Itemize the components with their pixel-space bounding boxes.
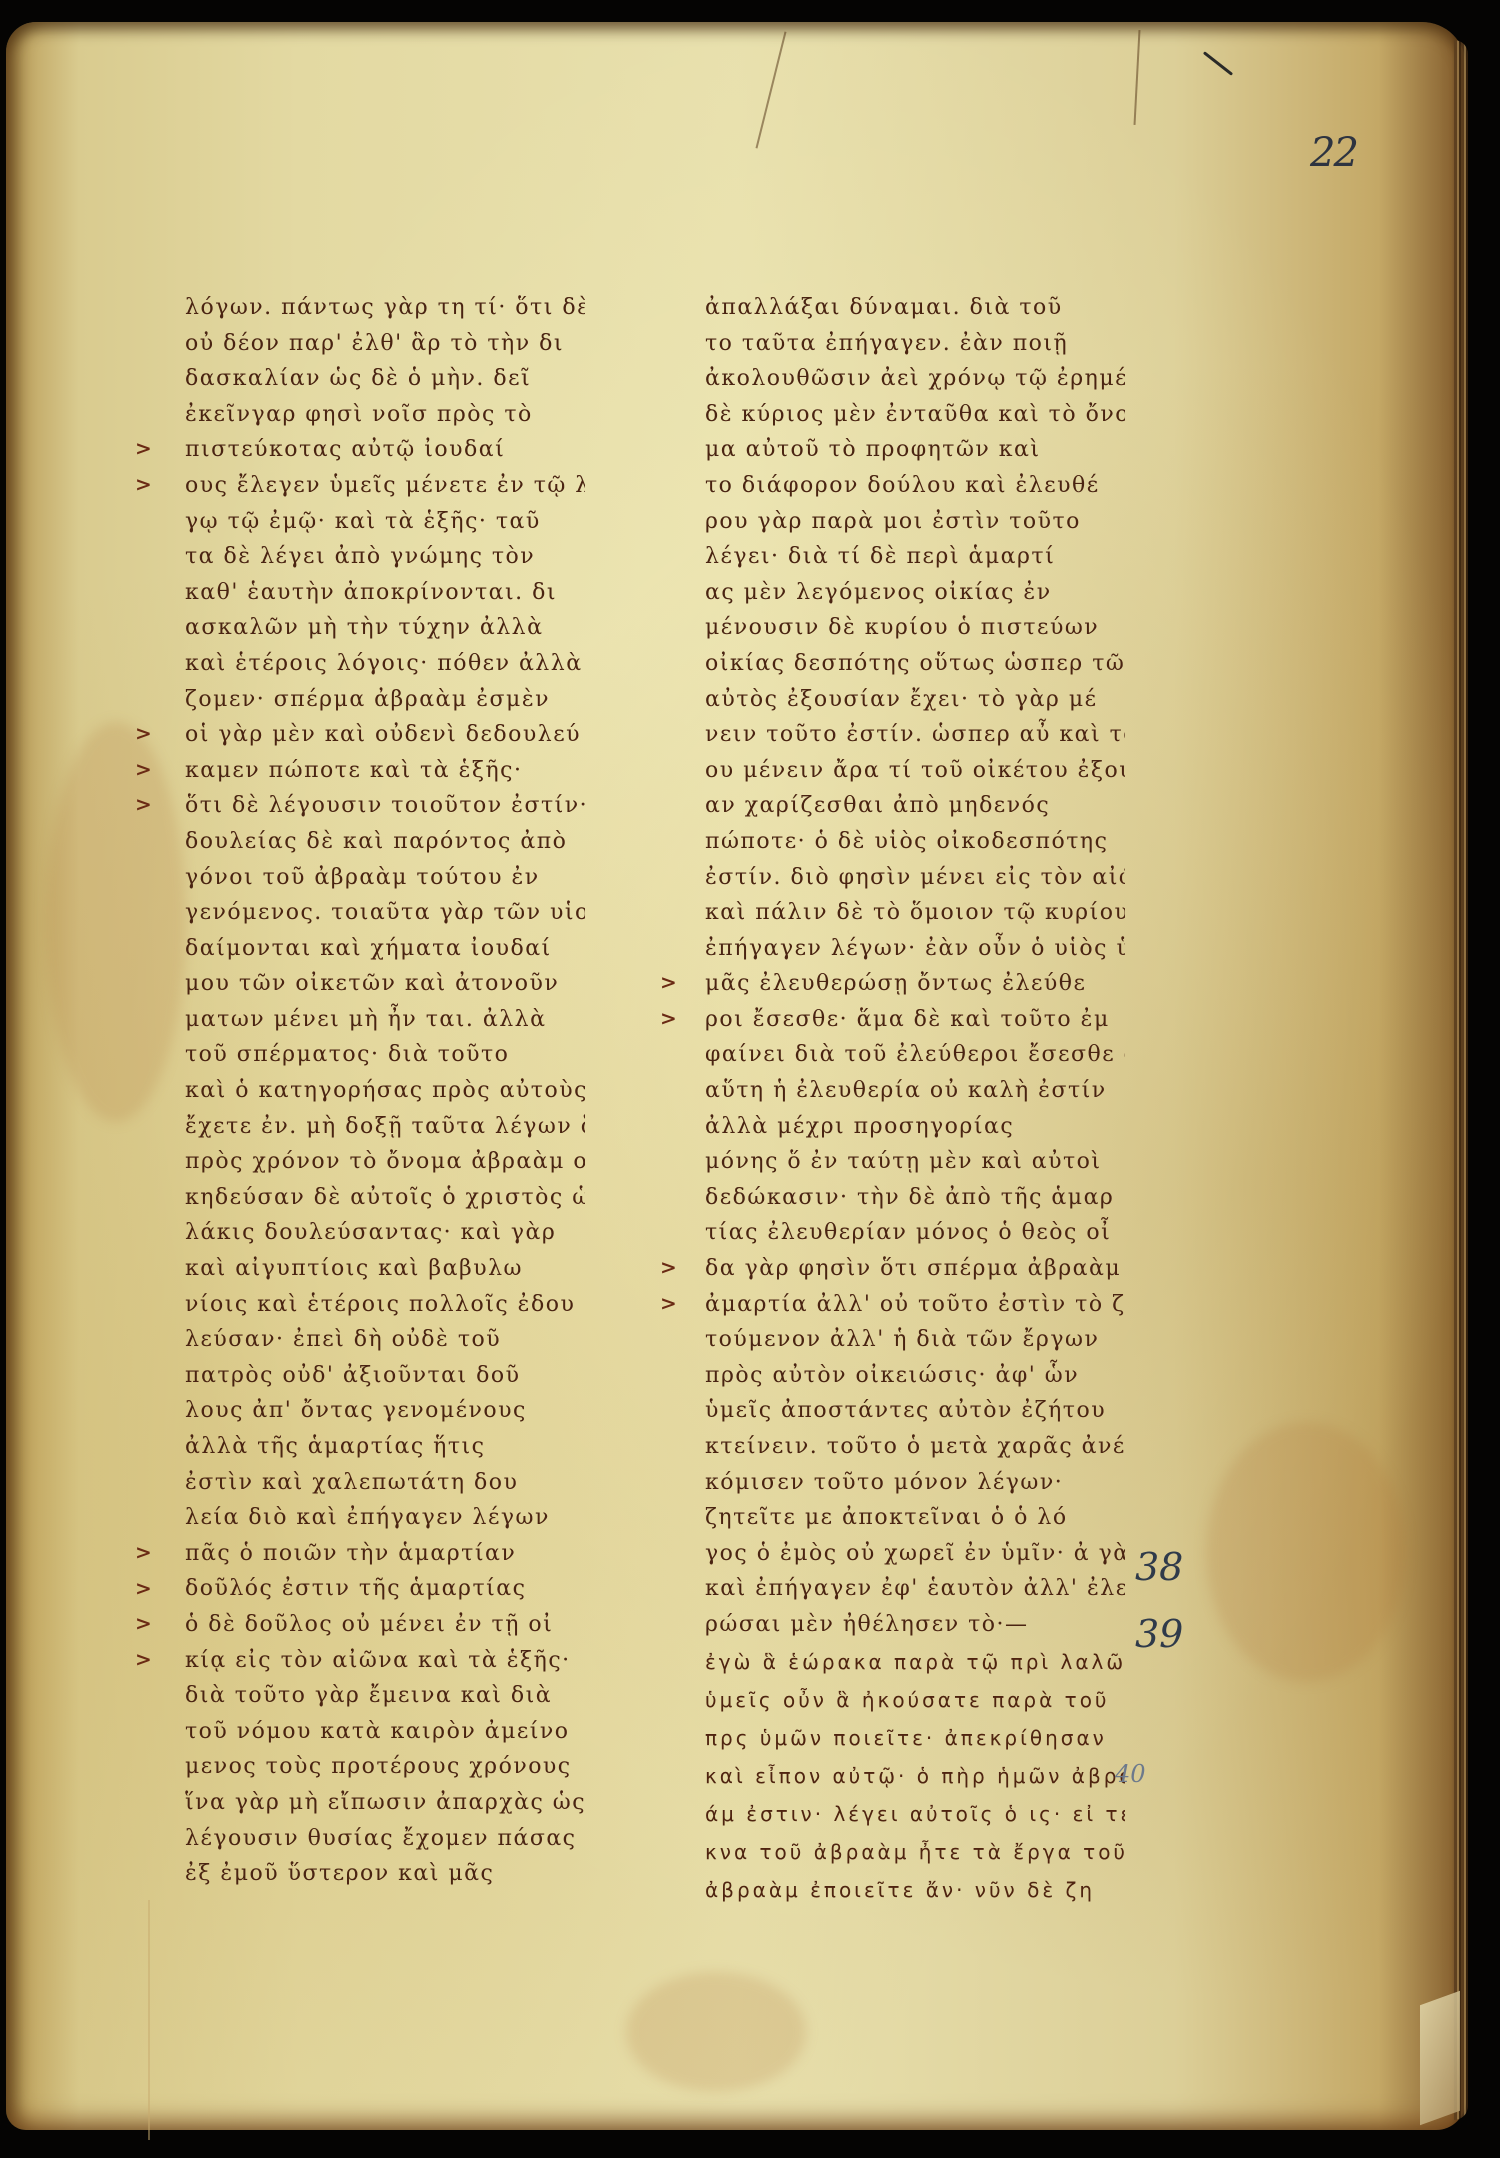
manuscript-text-line: δοῦλός ἐστιν τῆς ἁμαρτίας — [185, 1571, 585, 1607]
manuscript-text-line: μένουσιν δὲ κυρίου ὁ πιστεύων — [705, 610, 1125, 646]
diple-marker-icon: > — [135, 436, 152, 460]
manuscript-text-line: ασκαλῶν μὴ τὴν τύχην ἀλλὰ — [185, 610, 585, 646]
manuscript-text-line: μου τῶν οἰκετῶν καὶ ἀτονοῦν — [185, 966, 585, 1002]
parchment-stain — [46, 722, 186, 1122]
manuscript-text-line: ὅτι δὲ λέγουσιν τοιοῦτον ἐστίν· — [185, 788, 585, 824]
margin-verse-number: 39 — [1135, 1612, 1183, 1656]
manuscript-text-line: ἐπήγαγεν λέγων· ἐὰν οὖν ὁ υἱὸς ὑ — [705, 931, 1125, 967]
manuscript-text-line: μᾶς ἐλευθερώσῃ ὄντως ἐλεύθε — [705, 966, 1125, 1002]
diple-marker-icon: > — [135, 721, 152, 745]
manuscript-text-line: καὶ αἰγυπτίοις καὶ βαβυλω — [185, 1251, 585, 1287]
diple-marker-icon: > — [660, 1291, 677, 1315]
manuscript-text-line: οἱ γὰρ μὲν καὶ οὐδενὶ δεδουλεύ — [185, 717, 585, 753]
manuscript-text-line: το ταῦτα ἐπήγαγεν. ἐὰν ποιῇ — [705, 326, 1125, 362]
manuscript-text-line: ρώσαι μὲν ἠθέλησεν τὸ·— — [705, 1607, 1125, 1643]
parchment-stain — [1206, 1422, 1406, 1682]
margin-verse-number: 40 — [1115, 1760, 1146, 1788]
manuscript-text-line: δαίμονται καὶ χήματα ἰουδαί — [185, 931, 585, 967]
manuscript-text-line: ἐστίν. διὸ φησὶν μένει εἰς τὸν αἰῶνα — [705, 860, 1125, 896]
manuscript-text-line: καὶ πάλιν δὲ τὸ ὅμοιον τῷ κυρίου — [705, 895, 1125, 931]
diple-marker-icon: > — [660, 1255, 677, 1279]
manuscript-text-line: αὕτη ἡ ἐλευθερία οὐ καλὴ ἐστίν — [705, 1073, 1125, 1109]
manuscript-text-line: κόμισεν τοῦτο μόνον λέγων· — [705, 1465, 1125, 1501]
manuscript-text-line: ἀπαλλάξαι δύναμαι. διὰ τοῦ — [705, 290, 1125, 326]
manuscript-text-line: κίᾳ εἰς τὸν αἰῶνα καὶ τὰ ἑξῆς· — [185, 1643, 585, 1679]
manuscript-text-line: διὰ τοῦτο γὰρ ἔμεινα καὶ διὰ — [185, 1678, 585, 1714]
diple-marker-icon: > — [135, 757, 152, 781]
lemma-uncial-line: ἀβραὰμ ἐποιεῖτε ἄν· νῦν δὲ ζη — [705, 1871, 1125, 1909]
manuscript-text-line: οἰκίας δεσπότης οὕτως ὡσπερ τῶν — [705, 646, 1125, 682]
diple-marker-icon: > — [135, 1540, 152, 1564]
parchment-stain — [626, 1972, 806, 2092]
manuscript-text-line: δὲ κύριος μὲν ἐνταῦθα καὶ τὸ ὄνο — [705, 397, 1125, 433]
manuscript-text-line: καμεν πώποτε καὶ τὰ ἑξῆς· — [185, 753, 585, 789]
diple-marker-icon: > — [660, 1006, 677, 1030]
manuscript-text-line: καὶ ὁ κατηγορήσας πρὸς αὐτοὺς — [185, 1073, 585, 1109]
manuscript-text-line: δεδώκασιν· τὴν δὲ ἀπὸ τῆς ἁμαρ — [705, 1180, 1125, 1216]
diple-marker-icon: > — [135, 1576, 152, 1600]
lemma-uncial-line: άμ ἐστιν· λέγει αὐτοῖς ὁ ις· εἰ τέ — [705, 1795, 1125, 1833]
manuscript-text-line: νίοις καὶ ἑτέροις πολλοῖς ἐδου — [185, 1287, 585, 1323]
manuscript-text-line: ὑμεῖς ἀποστάντες αὐτὸν ἐζήτου — [705, 1393, 1125, 1429]
diple-marker-icon: > — [135, 1647, 152, 1671]
lemma-uncial-line: ἐγὼ ἃ ἑώρακα παρὰ τῷ πρὶ λαλῶ· καὶ — [705, 1643, 1125, 1681]
manuscript-text-line: ζητεῖτε με ἀποκτεῖναι ὁ ὁ λό — [705, 1500, 1125, 1536]
manuscript-text-line: ου μένειν ἄρα τί τοῦ οἰκέτου ἐξουσί — [705, 753, 1125, 789]
diple-marker-icon: > — [135, 1611, 152, 1635]
manuscript-text-line: ἐκεῖνγαρ φησὶ νοῖσ πρὸς τὸ — [185, 397, 585, 433]
manuscript-text-line: καὶ ἐπήγαγεν ἐφ' ἑαυτὸν ἀλλ' ἐλευθε — [705, 1571, 1125, 1607]
lemma-uncial-line: πρς ὑμῶν ποιεῖτε· ἀπεκρίθησαν — [705, 1719, 1125, 1757]
manuscript-text-line: πατρὸς οὐδ' ἀξιοῦνται δοῦ — [185, 1358, 585, 1394]
dog-ear-corner — [1420, 1991, 1460, 2126]
manuscript-text-line: ὁ δὲ δοῦλος οὐ μένει ἐν τῇ οἰ — [185, 1607, 585, 1643]
manuscript-text-line: μόνης ὅ ἐν ταύτῃ μὲν καὶ αὐτοὶ — [705, 1144, 1125, 1180]
diple-marker-icon: > — [135, 792, 152, 816]
manuscript-text-line: τούμενον ἀλλ' ἡ διὰ τῶν ἔργων — [705, 1322, 1125, 1358]
manuscript-text-line: πρὸς αὐτὸν οἰκειώσις· ἀφ' ὧν — [705, 1358, 1125, 1394]
manuscript-text-line: πρὸς χρόνον τὸ ὄνομα ἀβραὰμ οὐ — [185, 1144, 585, 1180]
manuscript-text-line: κηδεύσαν δὲ αὐτοῖς ὁ χριστὸς ὡς πολ — [185, 1180, 585, 1216]
manuscript-text-line: γόνοι τοῦ ἀβραὰμ τούτου ἐν — [185, 860, 585, 896]
manuscript-text-line: πώποτε· ὁ δὲ υἱὸς οἰκοδεσπότης — [705, 824, 1125, 860]
manuscript-text-line: ἔχετε ἐν. μὴ δοξῇ ταῦτα λέγων ὅτι — [185, 1109, 585, 1145]
lemma-uncial-line: καὶ εἶπον αὐτῷ· ὁ πὴρ ἡμῶν ἀβρα — [705, 1757, 1125, 1795]
diple-marker-icon: > — [660, 970, 677, 994]
manuscript-text-line: πᾶς ὁ ποιῶν τὴν ἁμαρτίαν — [185, 1536, 585, 1572]
manuscript-text-line: ἀμαρτία ἀλλ' οὐ τοῦτο ἐστὶν τὸ ζη — [705, 1287, 1125, 1323]
manuscript-text-line: ἐξ ἐμοῦ ὕστερον καὶ μᾶς — [185, 1856, 585, 1892]
manuscript-text-line: γος ὁ ἐμὸς οὐ χωρεῖ ἐν ὑμῖν· ἀ γὰρ — [705, 1536, 1125, 1572]
manuscript-text-line: ἀλλὰ μέχρι προσηγορίας — [705, 1109, 1125, 1145]
diple-marker-icon: > — [135, 472, 152, 496]
manuscript-text-line: οὐ δέον παρ' ἐλθ' ἃρ τὸ τὴν δι — [185, 326, 585, 362]
manuscript-text-line: ἵνα γὰρ μὴ εἴπωσιν ἀπαρχὰς ὡς — [185, 1785, 585, 1821]
margin-verse-number: 38 — [1135, 1545, 1183, 1589]
manuscript-text-line: τίας ἐλευθερίαν μόνος ὁ θεὸς οἶ — [705, 1215, 1125, 1251]
folio-number: 22 — [1310, 130, 1357, 176]
manuscript-text-line: γενόμενος. τοιαῦτα γὰρ τῶν υἱοῦ — [185, 895, 585, 931]
manuscript-text-line: ἀλλὰ τῆς ἁμαρτίας ἥτις — [185, 1429, 585, 1465]
manuscript-text-line: λους ἀπ' ὄντας γενομένους — [185, 1393, 585, 1429]
manuscript-text-line: μενος τοὺς προτέρους χρόνους — [185, 1749, 585, 1785]
left-text-column: λόγων. πάντως γὰρ τη τί· ὅτι δὲοὐ δέον π… — [185, 290, 585, 1892]
manuscript-text-line: κτείνειν. τοῦτο ὁ μετὰ χαρᾶς ἀνέ — [705, 1429, 1125, 1465]
manuscript-text-line: ἐστὶν καὶ χαλεπωτάτη δου — [185, 1465, 585, 1501]
manuscript-text-line: λάκις δουλεύσαντας· καὶ γὰρ — [185, 1215, 585, 1251]
manuscript-text-line: γῳ τῷ ἐμῷ· καὶ τὰ ἑξῆς· ταῦ — [185, 504, 585, 540]
manuscript-text-line: λέγουσιν θυσίας ἔχομεν πάσας — [185, 1821, 585, 1857]
manuscript-text-line: ας μὲν λεγόμενος οἰκίας ἐν — [705, 575, 1125, 611]
manuscript-text-line: ρου γὰρ παρὰ μοι ἐστὶν τοῦτο — [705, 504, 1125, 540]
manuscript-text-line: λόγων. πάντως γὰρ τη τί· ὅτι δὲ — [185, 290, 585, 326]
manuscript-text-line: λεύσαν· ἐπεὶ δὴ οὐδὲ τοῦ — [185, 1322, 585, 1358]
manuscript-text-line: νειν τοῦτο ἐστίν. ὡσπερ αὖ καὶ τὸ — [705, 717, 1125, 753]
manuscript-text-line: δα γὰρ φησὶν ὅτι σπέρμα ἀβραὰμ — [705, 1251, 1125, 1287]
manuscript-text-line: τοῦ νόμου κατὰ καιρὸν ἀμείνο — [185, 1714, 585, 1750]
manuscript-text-line: τα δὲ λέγει ἀπὸ γνώμης τὸν — [185, 539, 585, 575]
manuscript-text-line: ροι ἔσεσθε· ἅμα δὲ καὶ τοῦτο ἐμ — [705, 1002, 1125, 1038]
manuscript-text-line: πιστεύκοτας αὐτῷ ἰουδαί — [185, 432, 585, 468]
manuscript-text-line: λέγει· διὰ τί δὲ περὶ ἁμαρτί — [705, 539, 1125, 575]
manuscript-text-line: μα αὐτοῦ τὸ προφητῶν καὶ — [705, 432, 1125, 468]
manuscript-text-line: ους ἔλεγεν ὑμεῖς μένετε ἐν τῷ λό — [185, 468, 585, 504]
lemma-uncial-line: ὑμεῖς οὖν ἃ ἠκούσατε παρὰ τοῦ — [705, 1681, 1125, 1719]
manuscript-text-line: δουλείας δὲ καὶ παρόντος ἀπὸ — [185, 824, 585, 860]
manuscript-text-line: αὐτὸς ἐξουσίαν ἔχει· τὸ γὰρ μέ — [705, 682, 1125, 718]
right-text-column: ἀπαλλάξαι δύναμαι. διὰ τοῦτο ταῦτα ἐπήγα… — [705, 290, 1125, 1909]
manuscript-text-line: το διάφορον δούλου καὶ ἐλευθέ — [705, 468, 1125, 504]
manuscript-text-line: ἀκολουθῶσιν ἀεὶ χρόνῳ τῷ ἐρημένῳ· — [705, 361, 1125, 397]
manuscript-text-line: τοῦ σπέρματος· διὰ τοῦτο — [185, 1037, 585, 1073]
manuscript-text-line: δασκαλίαν ὡς δὲ ὁ μὴν. δεῖ — [185, 361, 585, 397]
manuscript-text-line: καὶ ἑτέροις λόγοις· πόθεν ἀλλὰ — [185, 646, 585, 682]
manuscript-text-line: καθ' ἑαυτὴν ἀποκρίνονται. δι — [185, 575, 585, 611]
lemma-uncial-line: κνα τοῦ ἀβραὰμ ἦτε τὰ ἔργα τοῦ — [705, 1833, 1125, 1871]
manuscript-text-line: ζομεν· σπέρμα ἀβραὰμ ἐσμὲν — [185, 682, 585, 718]
manuscript-text-line: λεία διὸ καὶ ἐπήγαγεν λέγων — [185, 1500, 585, 1536]
crease-line — [148, 1900, 150, 2140]
manuscript-text-line: φαίνει διὰ τοῦ ἐλεύθεροι ἔσεσθε ὅτι — [705, 1037, 1125, 1073]
page-edge-stack — [1454, 40, 1468, 2120]
manuscript-text-line: αν χαρίζεσθαι ἀπὸ μηδενός — [705, 788, 1125, 824]
manuscript-text-line: ματων μένει μὴ ἦν ται. ἀλλὰ — [185, 1002, 585, 1038]
